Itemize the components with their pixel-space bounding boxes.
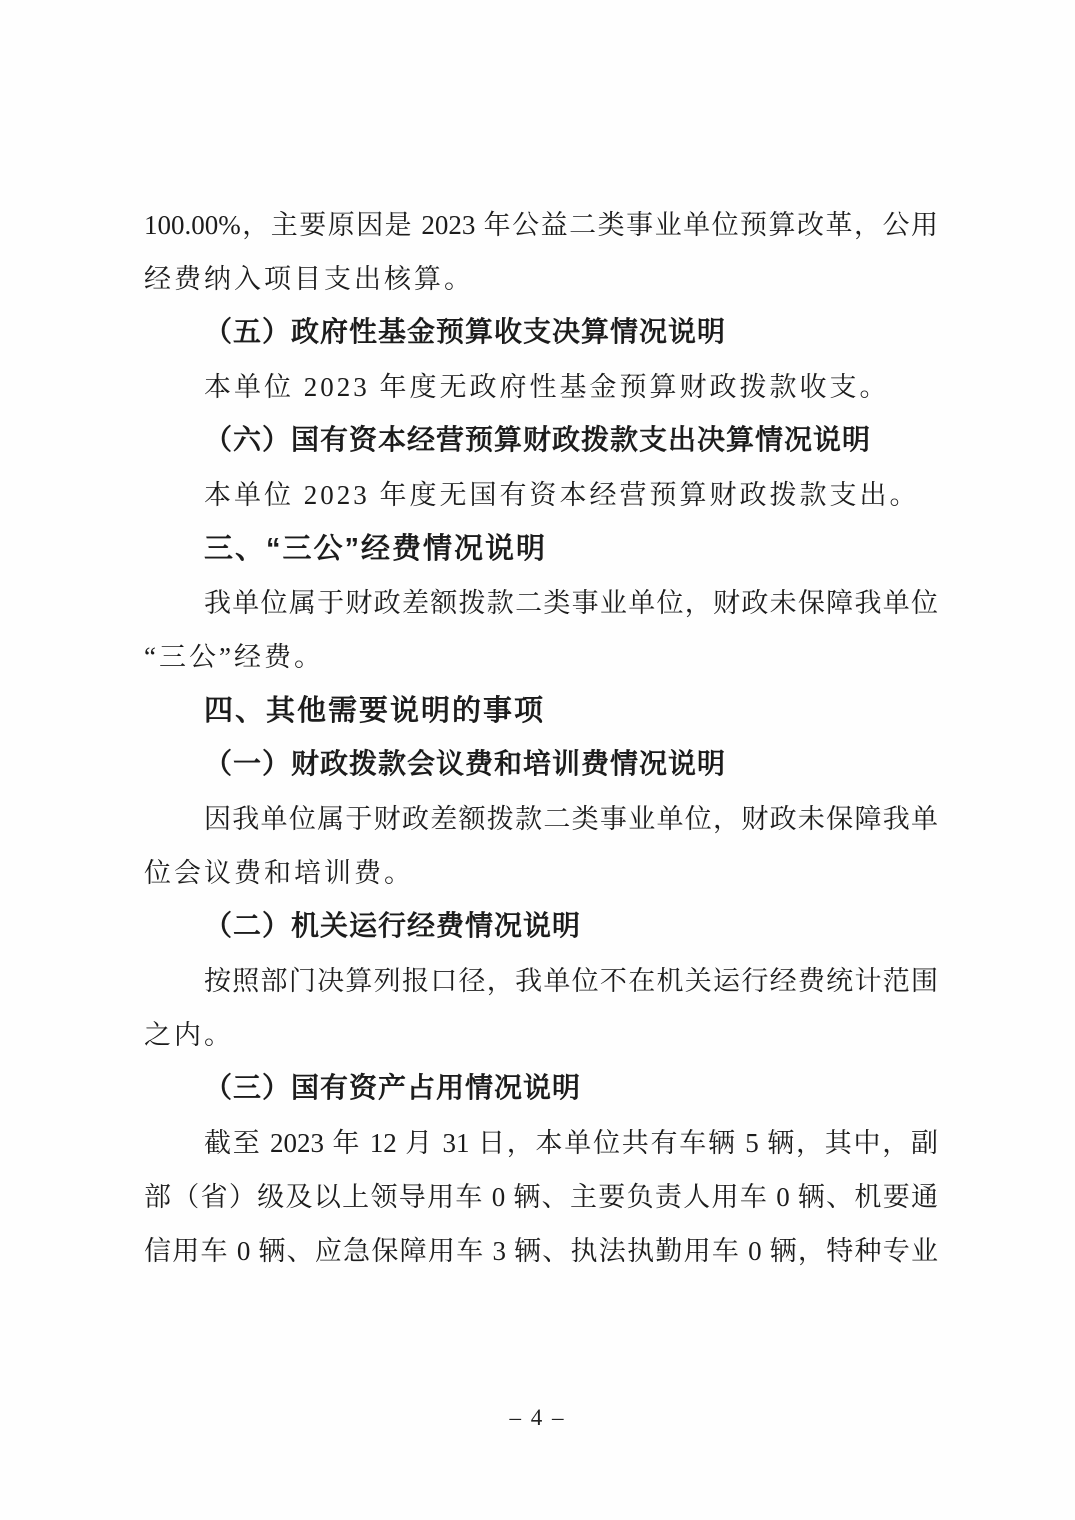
text-line: 本单位 2023 年度无政府性基金预算财政拨款收支。 <box>144 360 938 414</box>
section-heading: 三、“三公”经费情况说明 <box>144 522 938 576</box>
text-line: 我单位属于财政差额拨款二类事业单位，财政未保障我单位 <box>144 576 938 630</box>
document-body: 100.00%，主要原因是 2023 年公益二类事业单位预算改革，公用经费纳入项… <box>144 198 938 1278</box>
text-line: 之内。 <box>144 1008 938 1062</box>
text-line: 本单位 2023 年度无国有资本经营预算财政拨款支出。 <box>144 468 938 522</box>
text-line: 经费纳入项目支出核算。 <box>144 252 938 306</box>
text-line: 100.00%，主要原因是 2023 年公益二类事业单位预算改革，公用 <box>144 198 938 252</box>
page-number: – 4 – <box>0 1402 1075 1434</box>
subsection-heading: （一）财政拨款会议费和培训费情况说明 <box>144 738 938 792</box>
text-line: 因我单位属于财政差额拨款二类事业单位，财政未保障我单 <box>144 792 938 846</box>
subsection-heading: （二）机关运行经费情况说明 <box>144 900 938 954</box>
text-line: “三公”经费。 <box>144 630 938 684</box>
text-line: 按照部门决算列报口径，我单位不在机关运行经费统计范围 <box>144 954 938 1008</box>
text-line: 位会议费和培训费。 <box>144 846 938 900</box>
text-line: 信用车 0 辆、应急保障用车 3 辆、执法执勤用车 0 辆，特种专业 <box>144 1224 938 1278</box>
document-page: 100.00%，主要原因是 2023 年公益二类事业单位预算改革，公用经费纳入项… <box>0 0 1075 1520</box>
subsection-heading: （五）政府性基金预算收支决算情况说明 <box>144 306 938 360</box>
section-heading: 四、其他需要说明的事项 <box>144 684 938 738</box>
text-line: 部（省）级及以上领导用车 0 辆、主要负责人用车 0 辆、机要通 <box>144 1170 938 1224</box>
subsection-heading: （三）国有资产占用情况说明 <box>144 1062 938 1116</box>
text-line: 截至 2023 年 12 月 31 日，本单位共有车辆 5 辆，其中，副 <box>144 1116 938 1170</box>
subsection-heading: （六）国有资本经营预算财政拨款支出决算情况说明 <box>144 414 938 468</box>
